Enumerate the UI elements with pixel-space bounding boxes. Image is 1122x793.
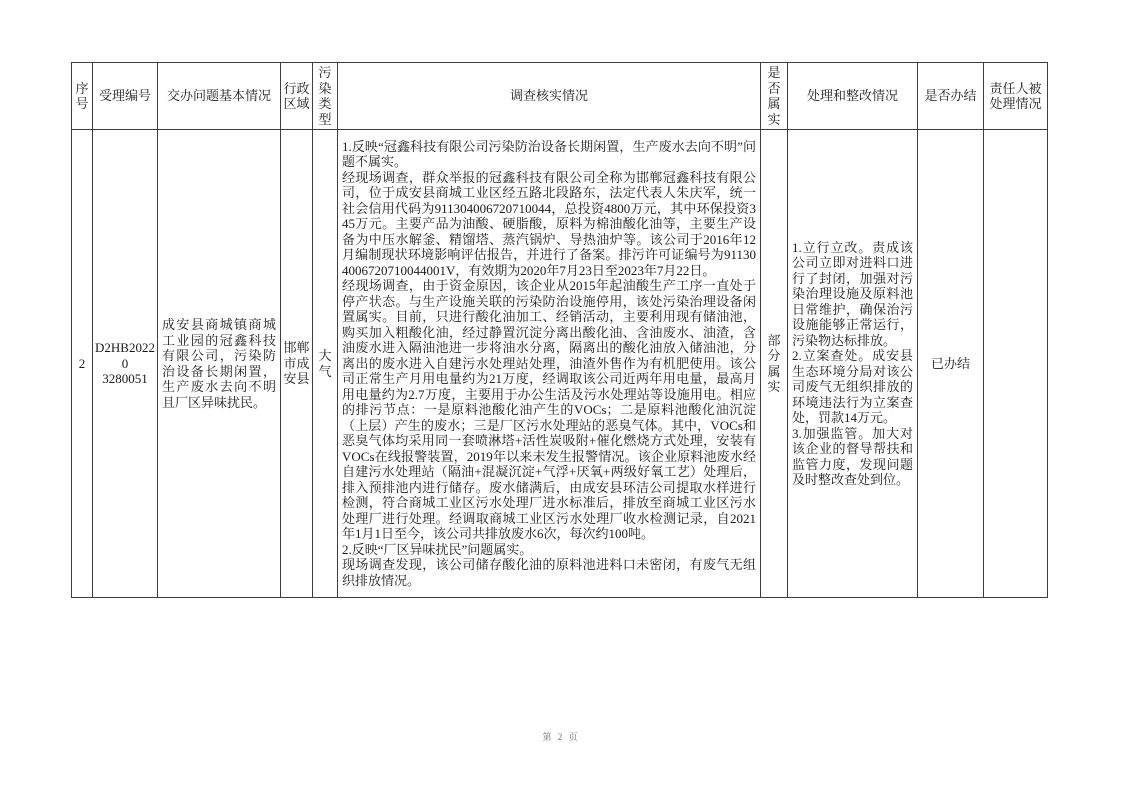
cell-handling: 1.立行立改。责成该公司立即对进料口进行了封闭，加强对污染治理设施及原料池日常维… xyxy=(788,130,918,598)
table-header-row: 序 号 受理编号 交办问题基本情况 行政 区域 污 染 类 型 调查核实情况 是… xyxy=(72,63,1048,130)
cell-region: 邯郸 市成 安县 xyxy=(281,130,313,598)
cell-responsible xyxy=(984,130,1048,598)
col-header-problem-summary: 交办问题基本情况 xyxy=(158,63,281,130)
cell-pollution-type: 大 气 xyxy=(313,130,338,598)
col-header-case-number: 受理编号 xyxy=(93,63,158,130)
page-number-footer: 第 2 页 xyxy=(0,730,1122,743)
col-header-handling: 处理和整改情况 xyxy=(788,63,918,130)
col-header-is-true: 是否 属实 xyxy=(761,63,788,130)
col-header-investigation: 调查核实情况 xyxy=(338,63,761,130)
col-header-seq: 序 号 xyxy=(72,63,93,130)
cell-seq: 2 xyxy=(72,130,93,598)
cell-is-closed: 已办结 xyxy=(918,130,984,598)
document-page: 序 号 受理编号 交办问题基本情况 行政 区域 污 染 类 型 调查核实情况 是… xyxy=(0,0,1122,793)
col-header-region: 行政 区域 xyxy=(281,63,313,130)
table-row: 2 D2HB20220 3280051 成安县商城镇商城工业园的冠鑫科技有限公司… xyxy=(72,130,1048,598)
col-header-pollution-type: 污 染 类 型 xyxy=(313,63,338,130)
complaint-report-table: 序 号 受理编号 交办问题基本情况 行政 区域 污 染 类 型 调查核实情况 是… xyxy=(71,62,1048,598)
col-header-is-closed: 是否办结 xyxy=(918,63,984,130)
cell-investigation: 1.反映“冠鑫科技有限公司污染防治设备长期闲置，生产废水去向不明”问题不属实。 … xyxy=(338,130,761,598)
cell-case-number: D2HB20220 3280051 xyxy=(93,130,158,598)
cell-problem-summary: 成安县商城镇商城工业园的冠鑫科技有限公司，污染防治设备长期闲置，生产废水去向不明… xyxy=(158,130,281,598)
cell-is-true: 部分 属实 xyxy=(761,130,788,598)
col-header-responsible: 责任人被 处理情况 xyxy=(984,63,1048,130)
